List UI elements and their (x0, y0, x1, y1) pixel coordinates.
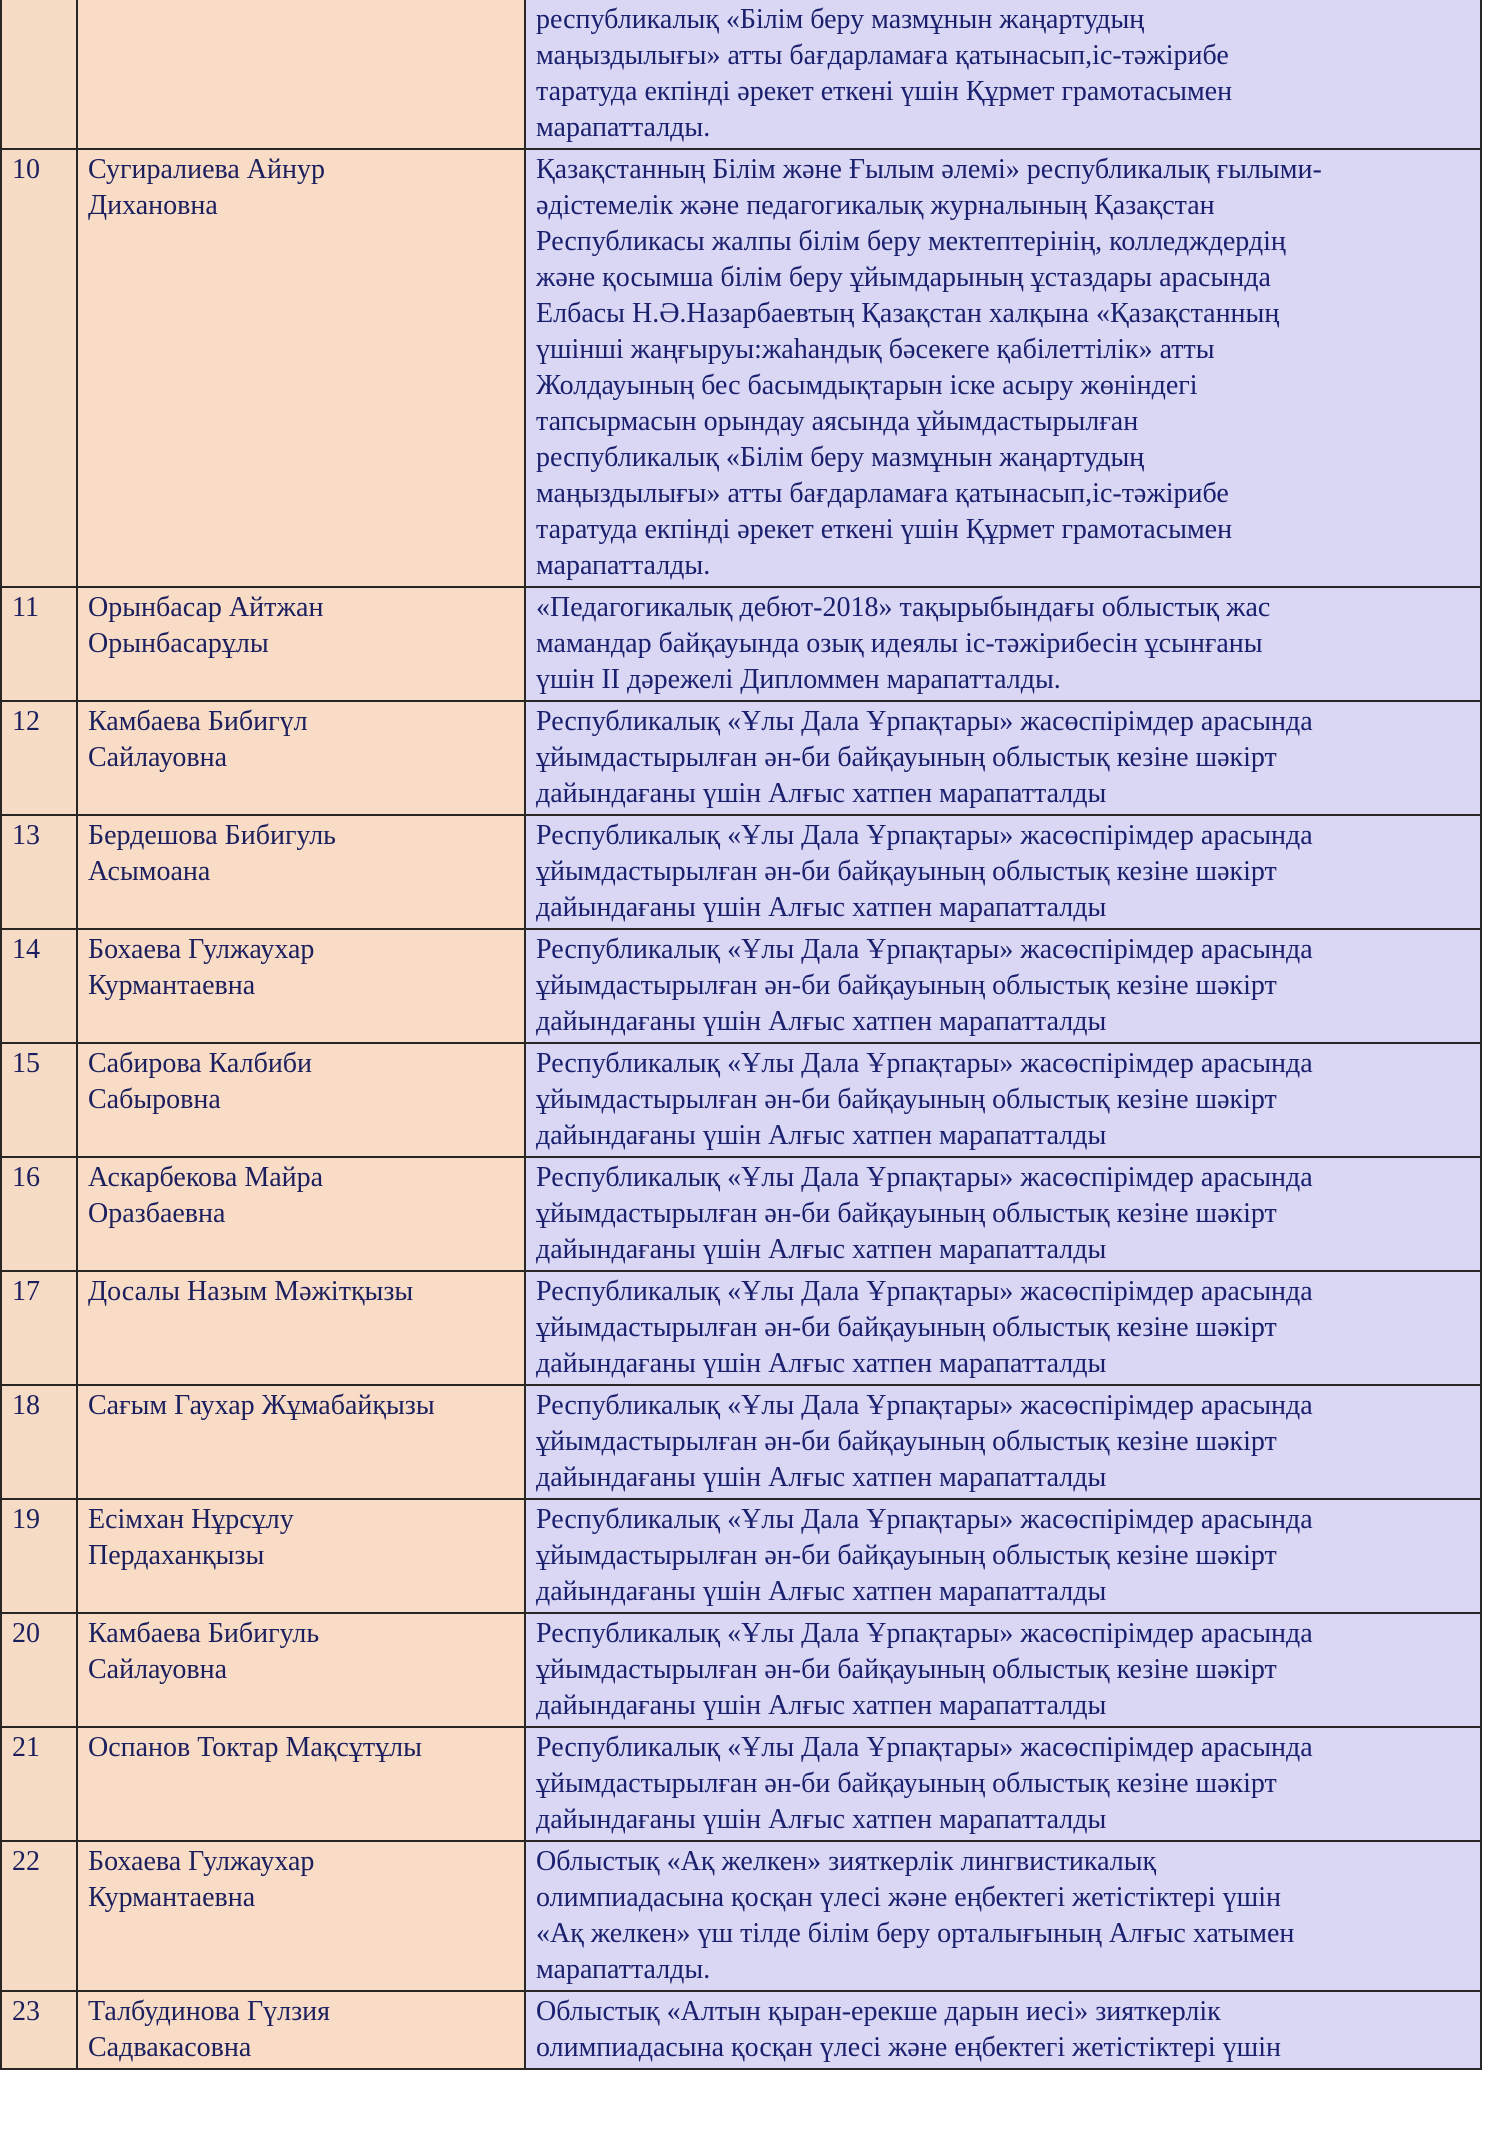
award-description: Республикалық «Ұлы Дала Ұрпақтары» жасөс… (525, 1727, 1481, 1841)
table-row: республикалық «Білім беру мазмұнын жаңар… (1, 0, 1481, 149)
row-number: 13 (1, 815, 77, 929)
table-row: 10 Сугиралиева Айнур Дихановна Қазақстан… (1, 149, 1481, 587)
award-description-text: Республикалық «Ұлы Дала Ұрпақтары» жасөс… (536, 706, 1313, 809)
recipient-name-text: Сабирова Калбиби Сабыровна (88, 1048, 312, 1115)
document-page: республикалық «Білім беру мазмұнын жаңар… (0, 0, 1480, 2070)
award-description: Республикалық «Ұлы Дала Ұрпақтары» жасөс… (525, 1271, 1481, 1385)
recipient-name: Бохаева Гулжаухар Курмантаевна (77, 1841, 525, 1991)
row-number: 18 (1, 1385, 77, 1499)
award-description-text: Республикалық «Ұлы Дала Ұрпақтары» жасөс… (536, 820, 1313, 923)
row-number: 11 (1, 587, 77, 701)
awards-table-body: республикалық «Білім беру мазмұнын жаңар… (1, 0, 1481, 2069)
row-number: 17 (1, 1271, 77, 1385)
row-number: 21 (1, 1727, 77, 1841)
recipient-name-text: Бохаева Гулжаухар Курмантаевна (88, 1846, 314, 1913)
table-row: 17 Досалы Назым Мәжітқызы Республикалық … (1, 1271, 1481, 1385)
award-description: Республикалық «Ұлы Дала Ұрпақтары» жасөс… (525, 815, 1481, 929)
recipient-name-text: Камбаева Бибигуль Сайлауовна (88, 1618, 319, 1685)
recipient-name: Сугиралиева Айнур Дихановна (77, 149, 525, 587)
row-number: 19 (1, 1499, 77, 1613)
row-number (1, 0, 77, 149)
recipient-name-text: Орынбасар Айтжан Орынбасарұлы (88, 592, 323, 659)
recipient-name: Сағым Гаухар Жұмабайқызы (77, 1385, 525, 1499)
row-number: 15 (1, 1043, 77, 1157)
award-description-text: Республикалық «Ұлы Дала Ұрпақтары» жасөс… (536, 1618, 1313, 1721)
recipient-name: Талбудинова Гүлзия Садвакасовна (77, 1991, 525, 2069)
award-description: Республикалық «Ұлы Дала Ұрпақтары» жасөс… (525, 1499, 1481, 1613)
row-number: 23 (1, 1991, 77, 2069)
awards-table: республикалық «Білім беру мазмұнын жаңар… (0, 0, 1482, 2070)
award-description-text: Республикалық «Ұлы Дала Ұрпақтары» жасөс… (536, 1504, 1313, 1607)
award-description-text: Облыстық «Ақ желкен» зияткерлік лингвист… (536, 1846, 1294, 1985)
table-row: 11 Орынбасар Айтжан Орынбасарұлы «Педаго… (1, 587, 1481, 701)
table-row: 12 Камбаева Бибигүл Сайлауовна Республик… (1, 701, 1481, 815)
award-description-text: Республикалық «Ұлы Дала Ұрпақтары» жасөс… (536, 934, 1313, 1037)
row-number: 22 (1, 1841, 77, 1991)
award-description-text: Республикалық «Ұлы Дала Ұрпақтары» жасөс… (536, 1390, 1313, 1493)
recipient-name: Сабирова Калбиби Сабыровна (77, 1043, 525, 1157)
award-description-text: Республикалық «Ұлы Дала Ұрпақтары» жасөс… (536, 1048, 1313, 1151)
award-description: «Педагогикалық дебют-2018» тақырыбындағы… (525, 587, 1481, 701)
recipient-name-text: Аскарбекова Майра Оразбаевна (88, 1162, 323, 1229)
award-description: Республикалық «Ұлы Дала Ұрпақтары» жасөс… (525, 1613, 1481, 1727)
recipient-name-text: Сағым Гаухар Жұмабайқызы (88, 1390, 435, 1421)
table-row: 13 Бердешова Бибигуль Асымоана Республик… (1, 815, 1481, 929)
award-description: Республикалық «Ұлы Дала Ұрпақтары» жасөс… (525, 1157, 1481, 1271)
recipient-name-text: Сугиралиева Айнур Дихановна (88, 154, 325, 221)
recipient-name: Досалы Назым Мәжітқызы (77, 1271, 525, 1385)
award-description-text: Қазақстанның Білім және Ғылым әлемі» рес… (536, 154, 1322, 581)
recipient-name (77, 0, 525, 149)
award-description-text: Республикалық «Ұлы Дала Ұрпақтары» жасөс… (536, 1162, 1313, 1265)
award-description: Республикалық «Ұлы Дала Ұрпақтары» жасөс… (525, 1385, 1481, 1499)
row-number: 14 (1, 929, 77, 1043)
table-row: 21 Оспанов Токтар Мақсұтұлы Республикалы… (1, 1727, 1481, 1841)
recipient-name: Есімхан Нұрсұлу Пердаханқызы (77, 1499, 525, 1613)
table-row: 22 Бохаева Гулжаухар Курмантаевна Облыст… (1, 1841, 1481, 1991)
recipient-name: Камбаева Бибигүл Сайлауовна (77, 701, 525, 815)
table-row: 23 Талбудинова Гүлзия Садвакасовна Облыс… (1, 1991, 1481, 2069)
award-description-text: республикалық «Білім беру мазмұнын жаңар… (536, 4, 1232, 143)
award-description: республикалық «Білім беру мазмұнын жаңар… (525, 0, 1481, 149)
award-description: Қазақстанның Білім және Ғылым әлемі» рес… (525, 149, 1481, 587)
recipient-name-text: Оспанов Токтар Мақсұтұлы (88, 1732, 422, 1763)
award-description: Республикалық «Ұлы Дала Ұрпақтары» жасөс… (525, 1043, 1481, 1157)
recipient-name-text: Талбудинова Гүлзия Садвакасовна (88, 1996, 330, 2063)
recipient-name-text: Бердешова Бибигуль Асымоана (88, 820, 336, 887)
recipient-name: Оспанов Токтар Мақсұтұлы (77, 1727, 525, 1841)
row-number: 10 (1, 149, 77, 587)
table-row: 18 Сағым Гаухар Жұмабайқызы Республикалы… (1, 1385, 1481, 1499)
award-description: Облыстық «Алтын қыран-ерекше дарын иесі»… (525, 1991, 1481, 2069)
award-description-text: Облыстық «Алтын қыран-ерекше дарын иесі»… (536, 1996, 1281, 2063)
row-number: 16 (1, 1157, 77, 1271)
table-row: 20 Камбаева Бибигуль Сайлауовна Республи… (1, 1613, 1481, 1727)
recipient-name: Аскарбекова Майра Оразбаевна (77, 1157, 525, 1271)
table-row: 19 Есімхан Нұрсұлу Пердаханқызы Республи… (1, 1499, 1481, 1613)
table-row: 16 Аскарбекова Майра Оразбаевна Республи… (1, 1157, 1481, 1271)
table-row: 14 Бохаева Гулжаухар Курмантаевна Респуб… (1, 929, 1481, 1043)
award-description: Облыстық «Ақ желкен» зияткерлік лингвист… (525, 1841, 1481, 1991)
recipient-name: Бохаева Гулжаухар Курмантаевна (77, 929, 525, 1043)
recipient-name: Орынбасар Айтжан Орынбасарұлы (77, 587, 525, 701)
recipient-name-text: Есімхан Нұрсұлу Пердаханқызы (88, 1504, 294, 1571)
recipient-name-text: Камбаева Бибигүл Сайлауовна (88, 706, 308, 773)
row-number: 20 (1, 1613, 77, 1727)
recipient-name-text: Бохаева Гулжаухар Курмантаевна (88, 934, 314, 1001)
award-description: Республикалық «Ұлы Дала Ұрпақтары» жасөс… (525, 701, 1481, 815)
recipient-name: Бердешова Бибигуль Асымоана (77, 815, 525, 929)
award-description: Республикалық «Ұлы Дала Ұрпақтары» жасөс… (525, 929, 1481, 1043)
recipient-name: Камбаева Бибигуль Сайлауовна (77, 1613, 525, 1727)
award-description-text: «Педагогикалық дебют-2018» тақырыбындағы… (536, 592, 1270, 695)
award-description-text: Республикалық «Ұлы Дала Ұрпақтары» жасөс… (536, 1732, 1313, 1835)
award-description-text: Республикалық «Ұлы Дала Ұрпақтары» жасөс… (536, 1276, 1313, 1379)
recipient-name-text: Досалы Назым Мәжітқызы (88, 1276, 413, 1307)
table-row: 15 Сабирова Калбиби Сабыровна Республика… (1, 1043, 1481, 1157)
row-number: 12 (1, 701, 77, 815)
